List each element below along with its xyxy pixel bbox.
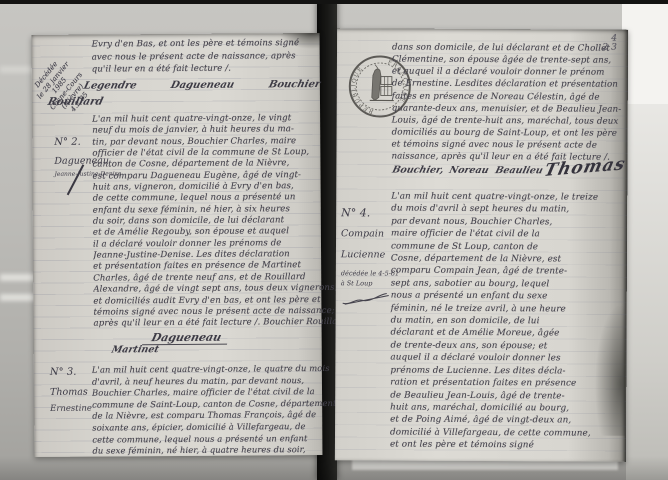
act-text-line: ration et présentation faites en présenc… [390, 377, 597, 390]
signature: Bouchier, [391, 165, 445, 176]
marianne-figure-icon [370, 64, 394, 100]
act-text-line: féminin, né le treize avril, à une heure [391, 302, 598, 315]
act-text-line: auquel il a déclaré vouloir donner les [390, 352, 597, 365]
act-text-line: quarante-deux ans, menuisier, et de Beau… [392, 102, 622, 115]
act-text-line: commune de St Loup, canton de [391, 240, 598, 253]
act-text-line: L'an mil huit cent quatre-vingt-onze, le… [391, 191, 598, 204]
signature: Rouillard [47, 96, 105, 108]
signature: Noreau [448, 165, 490, 176]
act-text-line: du mois d'avril à sept heures du matin, [391, 203, 598, 216]
act-text-line: qu'il leur en a été fait lecture /. [92, 62, 300, 76]
act-text-line: déclarant et de Amélie Moreue, âgée [391, 327, 598, 340]
act-text-line: prénoms de Lucienne. Les dites décla- [390, 364, 597, 377]
scanner-edge-strip [0, 0, 668, 4]
paraph-flourish [341, 290, 393, 306]
signature: Legendre [83, 80, 138, 91]
signature: Dagueneau [142, 331, 231, 346]
act3-text-block: L'an mil huit cent quatre-vingt-onze, le… [92, 363, 337, 457]
act-text-line: huit ans, maréchal, domicilié au bourg, [390, 401, 597, 414]
act-text-line: du matin, en son domicile, de lui [391, 315, 598, 328]
signature: Dagueneau [170, 80, 236, 91]
signature: Martinet [110, 344, 160, 355]
act-text-line: du sexe féminin, né hier, à quatre heure… [92, 444, 336, 457]
registrant-surname: Thomas [50, 387, 92, 398]
act-text-line: comparu Compain Jean, âgé de trente- [391, 265, 598, 278]
signature-row: Legendre Dagueneau Bouchier [84, 79, 320, 92]
act-text-line: par devant nous, Bouchier Charles, [391, 215, 598, 228]
act-text-line: de Beaulieu Jean-Louis, âgé de trente- [390, 389, 597, 402]
signature: Bouchier [267, 79, 321, 90]
act-text-line: et de Poing Aimé, âgé de vingt-deux an, [390, 414, 597, 427]
act-text-line: officier de l'état civil de la commune d… [92, 147, 346, 160]
act-text-line: nous a présenté un enfant du sexe [391, 290, 598, 303]
act4-text-block: L'an mil huit cent quatre-vingt-onze, le… [390, 191, 598, 453]
act-text-line: domicilié à Villefargeau, de cette commu… [390, 426, 597, 439]
act-text-line: faites en présence de Noreau Célestin, â… [392, 90, 622, 103]
act-text-line: de trente-deux ans, son épouse; et [390, 339, 597, 352]
act2-text-block: L'an mil huit cent quatre-vingt-onze, le… [92, 113, 347, 330]
act-text-line: après qu'il leur en a été fait lecture /… [94, 317, 348, 330]
right-page: RÉPUBLIQUE FRANÇAISE 42 3 dans son domic… [335, 28, 628, 462]
act-text-line: Cosne, département de la Nièvre, est [391, 253, 598, 266]
act-text-line: et ont les père et témoins signé [390, 439, 597, 452]
stamp-text-top: RÉPUBLIQUE [351, 66, 374, 114]
act-text-line: Evry d'en Bas, et ont les père et témoin… [92, 37, 300, 51]
scanner-background-corner [622, 0, 668, 104]
act-text-line: sept ans, sabotier au bourg, lequel [391, 277, 598, 290]
act-text-line: maire officier de l'état civil de la [391, 228, 598, 241]
act-text-line: avec nous le présent acte de naissance, … [92, 50, 300, 64]
signature-row: Bouchier, Noreau Beaulieu [392, 165, 542, 177]
act-text-line: de Ernestine. Lesdites déclaration et pr… [392, 78, 622, 91]
signature: Beaulieu [494, 165, 544, 176]
registrant-firstnames: Ernestine [50, 404, 92, 414]
act3-margin-note: N° 3. Thomas Ernestine [50, 367, 92, 414]
previous-act-end-text: Evry d'en Bas, et ont les père et témoin… [92, 37, 300, 76]
act3-continuation-block: dans son domicile, de lui déclarant et d… [391, 42, 621, 165]
record-number: N° 3. [50, 367, 92, 378]
left-page: Décédéele 28 janvier1985Cosne-Cours(Nièv… [32, 33, 323, 457]
svg-text:RÉPUBLIQUE: RÉPUBLIQUE [351, 66, 374, 114]
